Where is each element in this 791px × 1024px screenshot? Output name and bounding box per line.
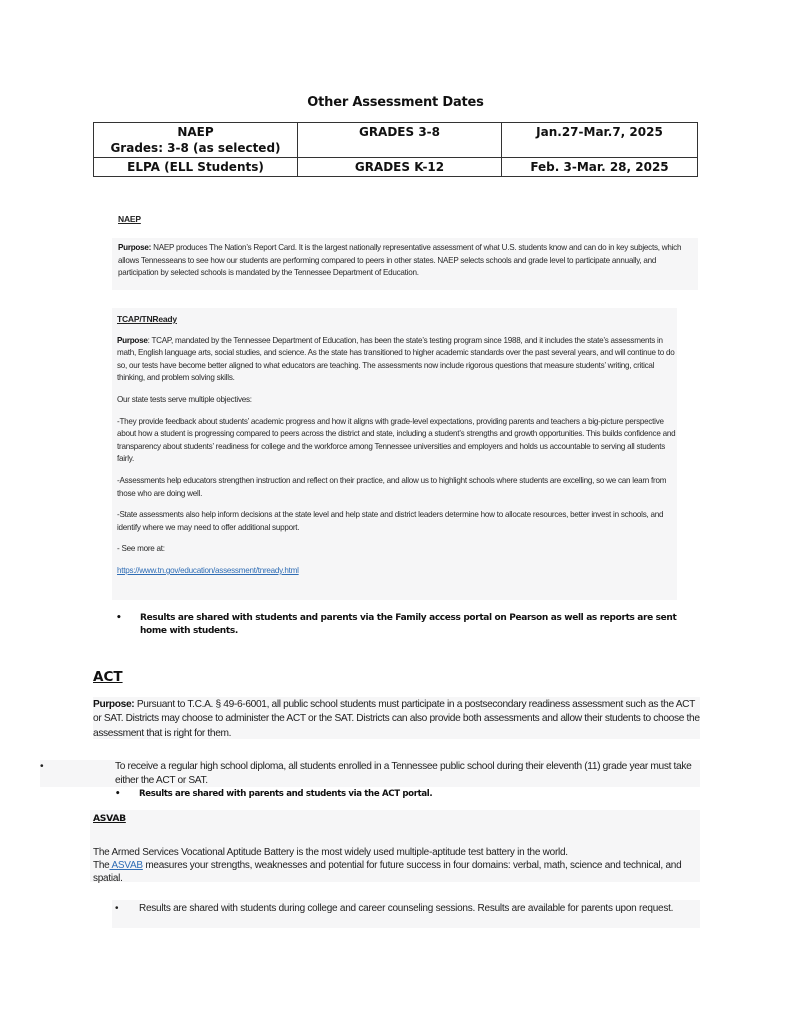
act-purpose: Purpose: Pursuant to T.C.A. § 49-6-6001,… [93, 698, 700, 741]
purpose-label: Purpose [117, 336, 148, 345]
dates-cell: Feb. 3-Mar. 28, 2025 [502, 158, 698, 177]
grades-cell: GRADES K-12 [298, 158, 502, 177]
purpose-label: Purpose: [93, 699, 134, 710]
asvab-block: ASVAB The Armed Services Vocational Apti… [90, 810, 700, 882]
page-title: Other Assessment Dates [0, 95, 791, 110]
list-item: Results are shared with parents and stud… [115, 788, 700, 800]
purpose-label: Purpose: [118, 243, 151, 252]
act-heading: ACT [93, 669, 123, 685]
naep-heading: NAEP [118, 214, 141, 224]
asvab-heading: ASVAB [93, 813, 126, 824]
list-item: Results are shared with students and par… [116, 612, 686, 638]
assessment-cell: NAEP Grades: 3-8 (as selected) [94, 123, 298, 158]
see-more-label: - See more at: [117, 543, 677, 556]
asvab-description: The Armed Services Vocational Aptitude B… [93, 846, 693, 886]
grades-cell: GRADES 3-8 [298, 123, 502, 158]
naep-purpose: Purpose: NAEP produces The Nation’s Repo… [118, 242, 694, 280]
tnready-link[interactable]: https://www.tn.gov/education/assessment/… [117, 566, 299, 575]
tcap-purpose: Purpose: TCAP, mandated by the Tennessee… [117, 335, 677, 385]
asvab-link[interactable]: ASVAB [109, 860, 142, 871]
purpose-text: NAEP produces The Nation’s Report Card. … [118, 243, 681, 277]
naep-purpose-block: Purpose: NAEP produces The Nation’s Repo… [112, 238, 698, 290]
table-row: NAEP Grades: 3-8 (as selected) GRADES 3-… [94, 123, 698, 158]
asvab-line: The ASVAB measures your strengths, weakn… [93, 859, 693, 885]
purpose-text: : TCAP, mandated by the Tennessee Depart… [117, 336, 674, 383]
tcap-results-list: Results are shared with students and par… [116, 612, 686, 638]
text: The [93, 860, 109, 871]
act-purpose-block: Purpose: Pursuant to T.C.A. § 49-6-6001,… [93, 697, 700, 739]
act-results-list: Results are shared with parents and stud… [115, 788, 700, 800]
tcap-block: TCAP/TNReady Purpose: TCAP, mandated by … [112, 308, 677, 600]
tcap-objectives-intro: Our state tests serve multiple objective… [117, 394, 677, 407]
tcap-objective: -They provide feedback about students’ a… [117, 416, 677, 466]
tcap-heading: TCAP/TNReady [117, 313, 677, 326]
list-item: Results are shared with students during … [115, 902, 700, 915]
assessment-subtitle: Grades: 3-8 (as selected) [98, 140, 293, 156]
act-bullet-list: To receive a regular high school diploma… [115, 760, 700, 787]
asvab-line: The Armed Services Vocational Aptitude B… [93, 846, 693, 859]
table-row: ELPA (ELL Students) GRADES K-12 Feb. 3-M… [94, 158, 698, 177]
purpose-text: Pursuant to T.C.A. § 49-6-6001, all publ… [93, 699, 700, 739]
tcap-objective: -State assessments also help inform deci… [117, 509, 677, 534]
assessment-name: NAEP [98, 124, 293, 140]
assessment-dates-table: NAEP Grades: 3-8 (as selected) GRADES 3-… [93, 122, 698, 177]
assessment-name: ELPA (ELL Students) [98, 159, 293, 175]
tcap-objective: -Assessments help educators strengthen i… [117, 475, 677, 500]
text: measures your strengths, weaknesses and … [93, 860, 681, 884]
dates-cell: Jan.27-Mar.7, 2025 [502, 123, 698, 158]
asvab-bullet-list: Results are shared with students during … [115, 902, 700, 915]
list-item: To receive a regular high school diploma… [40, 760, 700, 787]
assessment-cell: ELPA (ELL Students) [94, 158, 298, 177]
